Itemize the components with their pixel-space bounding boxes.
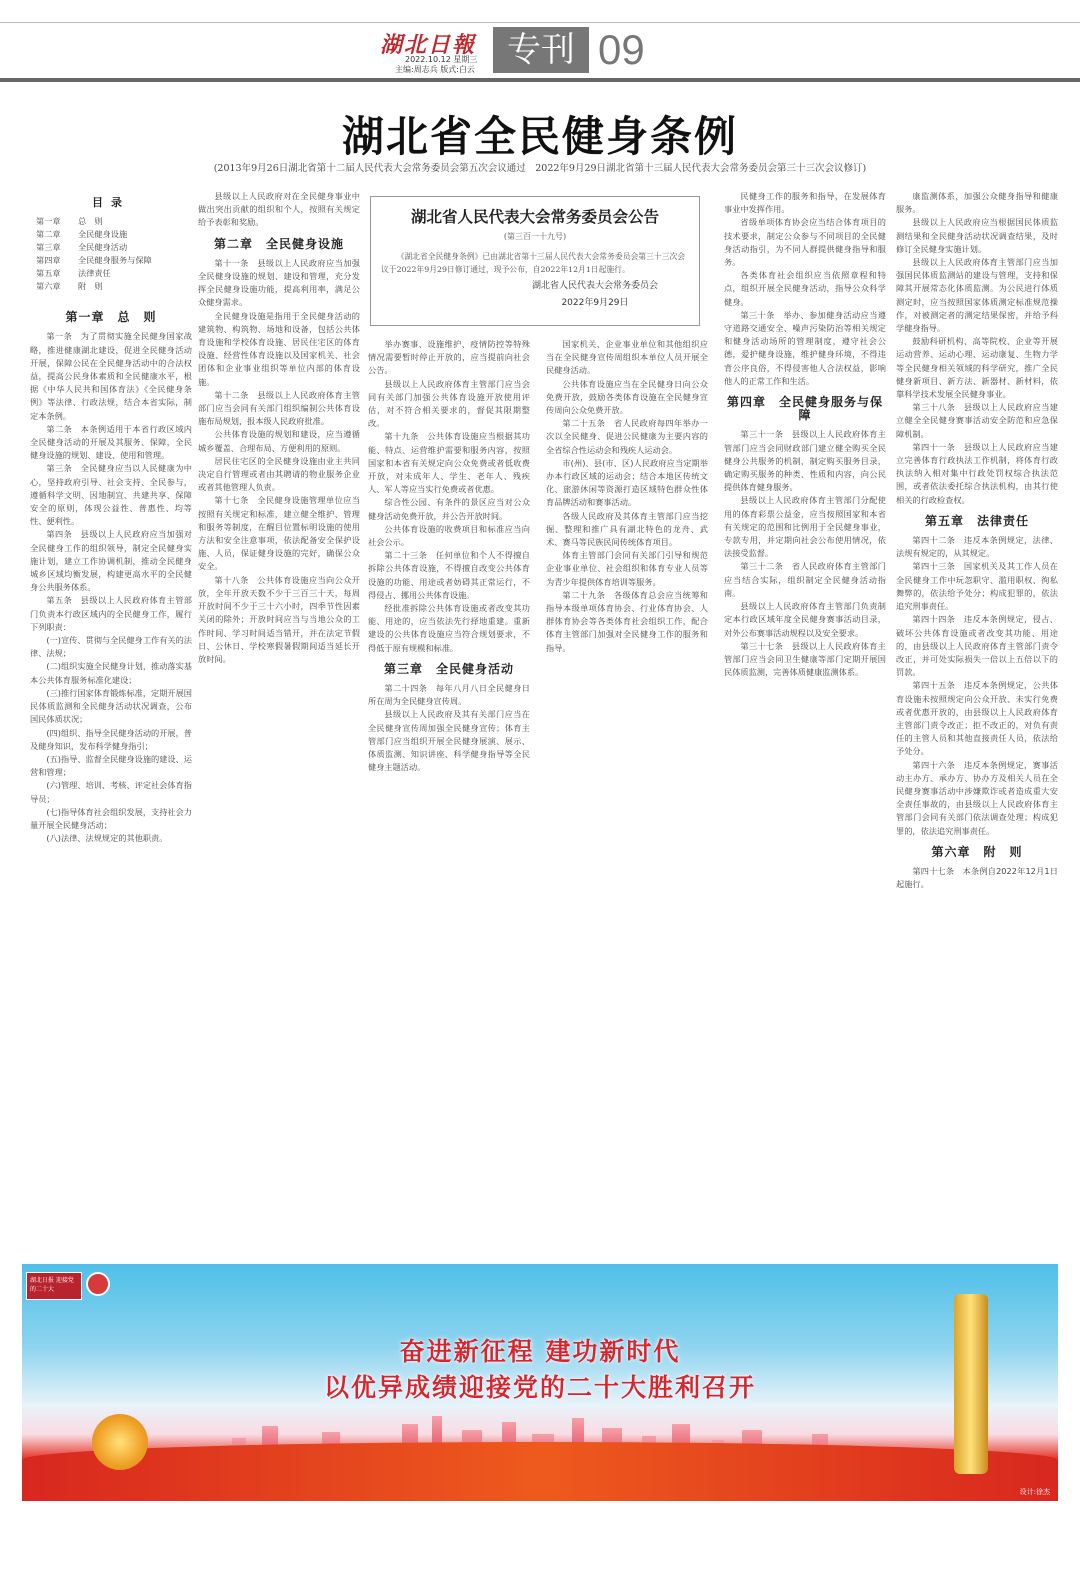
article-paragraph: 县级以上人民政府应当根据国民体质监测结果和全民健身活动状况调查结果，及时修订全民… (896, 216, 1058, 256)
article-paragraph: 第三条 全民健身应当以人民健康为中心，坚持政府引导、社会支持、全民参与，遵循科学… (30, 462, 192, 528)
article-paragraph: 第十九条 公共体育设施应当根据其功能、特点、运营维护需要和服务内容，按照国家和本… (368, 430, 530, 496)
article-paragraph: 第四十六条 违反本条例规定，赛事活动主办方、承办方、协办方及相关人员在全民健身赛… (896, 759, 1058, 838)
toc-item: 第四章全民健身服务与保障 (36, 254, 186, 267)
announcement-signer: 湖北省人民代表大会常务委员会 (501, 280, 689, 293)
article-paragraph: 县级以上人民政府对在全民健身事业中做出突出贡献的组织和个人，按照有关规定给予表彰… (198, 190, 360, 230)
article-body: 目录 第一章总 则 第二章全民健身设施 第三章全民健身活动 第四章全民健身服务与… (30, 190, 1070, 1220)
article-paragraph: 县级以上人民政府体育主管部门负责制定本行政区域年度全民健身赛事活动目录，对外公布… (724, 600, 886, 640)
article-paragraph: 第十二条 县级以上人民政府体育主管部门应当会同有关部门组织编制公共体育设施布局规… (198, 389, 360, 429)
article-paragraph: 第三十二条 省人民政府体育主管部门应当结合实际，组织制定全民健身活动指南。 (724, 560, 886, 600)
announcement-date: 2022年9月29日 (501, 297, 689, 310)
chapter-heading: 第一章 总 则 (30, 311, 192, 324)
article-paragraph: 第四十五条 违反本条例规定，公共体育设施未按照规定向公众开放、未实行免费或者优惠… (896, 679, 1058, 758)
announcement-number: (第三百一十九号) (381, 231, 689, 242)
article-paragraph: (七)指导体育社会组织发展，支持社会力量开展全民健身活动； (30, 806, 192, 832)
article-paragraph: 第十八条 公共体育设施应当向公众开放，全年开放天数不少于三百三十天，每周开放时间… (198, 574, 360, 666)
masthead: 湖北日報 2022.10.12 星期三 主编:周志兵 版式:白云 专刊 09 (0, 24, 1080, 78)
article-paragraph: 综合性公园、有条件的景区应当对公众健身活动免费开放，并公告开放时间。 (368, 496, 530, 522)
toc-item: 第二章全民健身设施 (36, 228, 186, 241)
article-paragraph: 第四十七条 本条例自2022年12月1日起施行。 (896, 865, 1058, 891)
party-emblem-icon (92, 1414, 148, 1470)
announcement-body: 《湖北省全民健身条例》已由湖北省第十三届人民代表大会常务委员会第三十三次会议于2… (381, 250, 689, 276)
article-paragraph: 第四十三条 国家机关及其工作人员在全民健身工作中玩忽职守、滥用职权、徇私舞弊的，… (896, 560, 1058, 613)
article-paragraph: (三)推行国家体育锻炼标准，定期开展国民体质监测和全民健身活动状况调查，公布国民… (30, 687, 192, 727)
article-paragraph: 公共体育设施应当在全民健身日向公众免费开放，鼓励各类体育设施在全民健身宣传周向公… (546, 378, 708, 418)
red-ribbon-graphic (22, 1442, 1058, 1501)
article-paragraph: 鼓励科研机构、高等院校、企业等开展运动营养、运动心理、运动康复、生物力学等全民健… (896, 335, 1058, 401)
toc-item: 第三章全民健身活动 (36, 241, 186, 254)
article-paragraph: 第四十一条 县级以上人民政府应当建立完善体育行政执法工作机制，将体育行政执法纳入… (896, 441, 1058, 507)
article-paragraph: 公共体育设施的收费项目和标准应当向社会公示。 (368, 523, 530, 549)
article-paragraph: 举办赛事、设施维护、疫情防控等特殊情况需要暂时停止开放的，应当提前向社会公告。 (368, 338, 530, 378)
promo-banner: 湖北日报 迎接党的二十大 奋进新征程 建功新时代 以优异成绩迎接党的二十大胜利召… (22, 1264, 1058, 1501)
article-paragraph: (六)管理、培训、考核、评定社会体育指导员； (30, 779, 192, 805)
banner-badge: 湖北日报 迎接党的二十大 (26, 1272, 82, 1300)
chapter-heading: 第五章 法律责任 (896, 515, 1058, 528)
top-rule (0, 22, 1080, 23)
toc-item: 第一章总 则 (36, 215, 186, 228)
article-paragraph: (八)法律、法规规定的其他职责。 (30, 832, 192, 845)
column-1: 目录 第一章总 则 第二章全民健身设施 第三章全民健身活动 第四章全民健身服务与… (30, 190, 192, 1220)
article-paragraph: 第三十一条 县级以上人民政府体育主管部门应当会同财政部门建立健全购买全民健身公共… (724, 428, 886, 494)
article-paragraph: 第二十三条 任何单位和个人不得擅自拆除公共体育设施，不得擅自改变公共体育设施的功… (368, 549, 530, 602)
article-paragraph: 第二十四条 每年八月八日全民健身日所在周为全民健身宣传周。 (368, 682, 530, 708)
toc-item: 第六章附 则 (36, 280, 186, 293)
article-paragraph: 康监测体系，加强公众健身指导和健康服务。 (896, 190, 1058, 216)
banner-headline-2: 以优异成绩迎接党的二十大胜利召开 (22, 1368, 1058, 1404)
announcement-box: 湖北省人民代表大会常务委员会公告 (第三百一十九号) 《湖北省全民健身条例》已由… (370, 196, 700, 326)
article-paragraph: (五)指导、监督全民健身设施的建设、运营和管理； (30, 753, 192, 779)
article-paragraph: 民健身工作的服务和指导，在发展体育事业中发挥作用。 (724, 190, 886, 216)
article-paragraph: 国家机关、企业事业单位和其他组织应当在全民健身宣传周组织本单位人员开展全民健身活… (546, 338, 708, 378)
article-paragraph: 第三十八条 县级以上人民政府应当建立健全全民健身赛事活动安全防范和应急保障机制。 (896, 401, 1058, 441)
article-title: 湖北省全民健身条例 (0, 104, 1080, 164)
designer-credit: 设计:徐杰 (1020, 1487, 1050, 1497)
huabiao-pillar-graphic (954, 1294, 988, 1474)
article-paragraph: 第五条 县级以上人民政府体育主管部门负责本行政区域内的全民健身工作，履行下列职责… (30, 594, 192, 634)
article-paragraph: 第三十七条 县级以上人民政府体育主管部门应当会同卫生健康等部门定期开展国民体质监… (724, 640, 886, 680)
article-paragraph: 县级以上人民政府体育主管部门应当会同有关部门加强公共体育设施开放使用评估，对不符… (368, 378, 530, 431)
column-6: 康监测体系，加强公众健身指导和健康服务。 县级以上人民政府应当根据国民体质监测结… (896, 190, 1058, 1220)
chapter-heading: 第六章 附 则 (896, 846, 1058, 859)
article-subtitle: (2013年9月26日湖北省第十二届人民代表大会常务委员会第五次会议通过 202… (0, 160, 1080, 174)
article-paragraph: 第十一条 县级以上人民政府应当加强全民健身设施的规划、建设和管理，充分发挥全民健… (198, 257, 360, 310)
article-paragraph: 市(州)、县(市、区)人民政府应当定期举办本行政区域的运动会；结合本地区传统文化… (546, 457, 708, 510)
article-paragraph: 居民住宅区的全民健身设施由业主共同决定自行管理或者由其聘请的物业服务企业或者其他… (198, 455, 360, 495)
banner-headline-1: 奋进新征程 建功新时代 (22, 1332, 1058, 1368)
article-paragraph: 第一条 为了贯彻实施全民健身国家战略，推进健康湖北建设，促进全民健身活动开展，保… (30, 330, 192, 422)
article-paragraph: 第四十四条 违反本条例规定，侵占、破坏公共体育设施或者改变其功能、用途的，由县级… (896, 613, 1058, 679)
article-paragraph: 经批准拆除公共体育设施或者改变其功能、用途的，应当依法先行择地重建。重新建设的公… (368, 602, 530, 655)
article-paragraph: (二)组织实施全民健身计划，推动落实基本公共体育服务标准化建设； (30, 660, 192, 686)
article-paragraph: 第二十五条 省人民政府每四年举办一次以全民健身、促进公民健康为主要内容的全省综合… (546, 417, 708, 457)
article-paragraph: 县级以上人民政府体育主管部门应当加强国民体质监测站的建设与管理，支持和保障其开展… (896, 256, 1058, 335)
article-paragraph: 第三十条 举办、参加健身活动应当遵守道路交通安全、噪声污染防治等相关规定和健身活… (724, 309, 886, 388)
article-paragraph: 公共体育设施的规划和建设，应当遵循城乡覆盖、合理布局、方便利用的原则。 (198, 428, 360, 454)
article-paragraph: 省级单项体育协会应当结合体育项目的技术要求，制定公众参与不同项目的全民健身活动指… (724, 216, 886, 269)
article-paragraph: (一)宣传、贯彻与全民健身工作有关的法律、法规； (30, 634, 192, 660)
chapter-heading: 第三章 全民健身活动 (368, 663, 530, 676)
article-paragraph: 第二条 本条例适用于本省行政区域内全民健身活动的开展及其服务、保障，全民健身设施… (30, 423, 192, 463)
article-paragraph: (四)组织、指导全民健身活动的开展，普及健身知识，发布科学健身指引； (30, 727, 192, 753)
emblem-icon (86, 1272, 110, 1296)
chapter-heading: 第二章 全民健身设施 (198, 238, 360, 251)
column-5: 民健身工作的服务和指导，在发展体育事业中发挥作用。 省级单项体育协会应当结合体育… (724, 190, 886, 1220)
article-paragraph: 县级以上人民政府及其有关部门应当在全民健身宣传周加强全民健身宣传；体育主管部门应… (368, 708, 530, 774)
table-of-contents: 目录 第一章总 则 第二章全民健身设施 第三章全民健身活动 第四章全民健身服务与… (30, 190, 192, 303)
announcement-title: 湖北省人民代表大会常务委员会公告 (381, 205, 689, 227)
article-paragraph: 第二十九条 各级体育总会应当统筹和指导本级单项体育协会、行业体育协会、人群体育协… (546, 589, 708, 655)
toc-heading: 目录 (36, 196, 186, 209)
article-paragraph: 第十七条 全民健身设施管理单位应当按照有关规定和标准，建立健全维护、管理和服务等… (198, 494, 360, 573)
article-paragraph: 第四十二条 违反本条例规定，法律、法规有规定的，从其规定。 (896, 534, 1058, 560)
section-label: 专刊 (493, 27, 589, 73)
article-paragraph: 全民健身设施是指用于全民健身活动的建筑物、构筑物、场地和设备，包括公共体育设施和… (198, 310, 360, 389)
article-paragraph: 各级人民政府及其体育主管部门应当挖掘、整理和推广具有湖北特色的龙舟、武术、赛马等… (546, 510, 708, 550)
chapter-heading: 第四章 全民健身服务与保障 (724, 396, 886, 422)
article-paragraph: 第四条 县级以上人民政府应当加强对全民健身工作的组织领导，制定全民健身实施计划，… (30, 528, 192, 594)
article-paragraph: 县级以上人民政府体育主管部门分配使用的体育彩票公益金，应当按照国家和本省有关规定… (724, 494, 886, 560)
column-3: 举办赛事、设施维护、疫情防控等特殊情况需要暂时停止开放的，应当提前向社会公告。 … (368, 190, 530, 1220)
page-number: 09 (598, 26, 645, 74)
article-paragraph: 各类体育社会组织应当依照章程和特点，组织开展全民健身活动，指导公众科学健身。 (724, 269, 886, 309)
column-2: 县级以上人民政府对在全民健身事业中做出突出贡献的组织和个人，按照有关规定给予表彰… (198, 190, 360, 1220)
editor-credit: 主编:周志兵 版式:白云 (395, 64, 475, 75)
article-paragraph: 体育主管部门会同有关部门引导和规范企业事业单位、社会组织和体育专业人员等为青少年… (546, 549, 708, 589)
column-4: 国家机关、企业事业单位和其他组织应当在全民健身宣传周组织本单位人员开展全民健身活… (546, 190, 708, 1220)
toc-item: 第五章法律责任 (36, 267, 186, 280)
masthead-rule (0, 78, 1080, 82)
